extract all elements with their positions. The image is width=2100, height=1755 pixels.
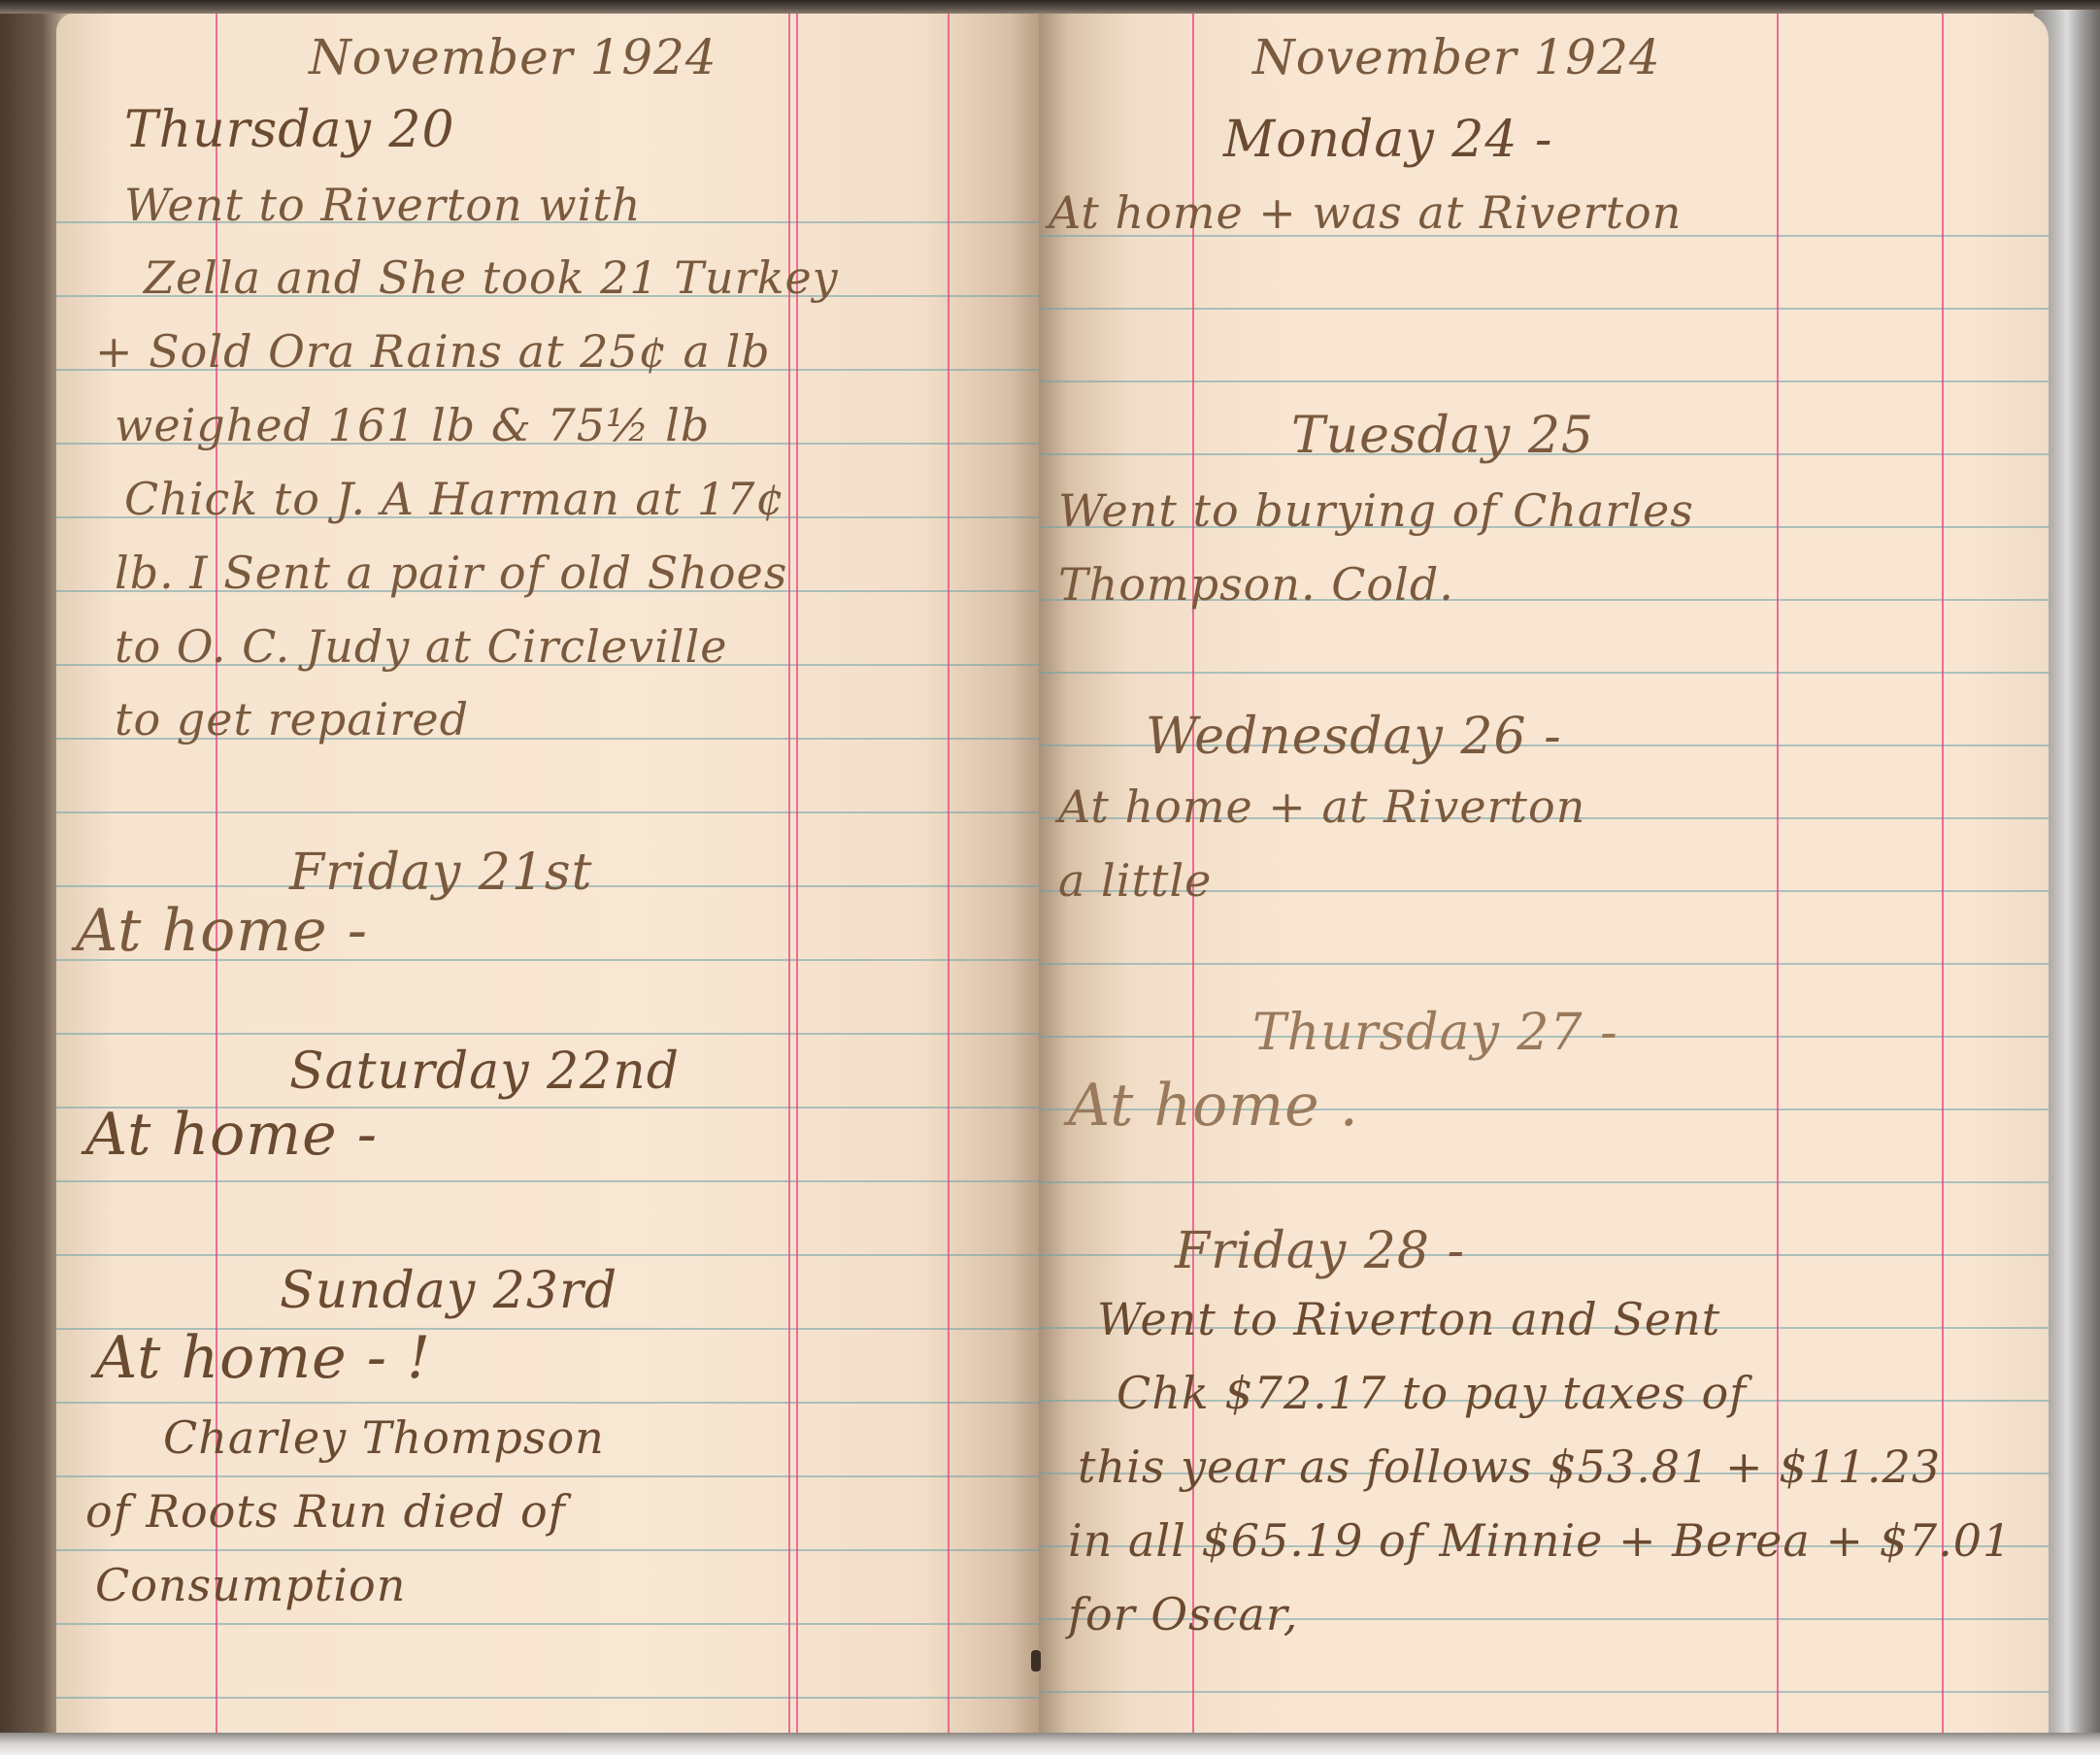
page-header: November 1924 (309, 29, 717, 85)
ruled-line (56, 1254, 1039, 1256)
ruled-line (56, 1475, 1039, 1477)
entry-line: Charley Thompson (163, 1411, 605, 1464)
entry-line: Consumption (95, 1559, 406, 1611)
ruled-line (56, 1180, 1039, 1182)
entry-line: At home - (76, 897, 368, 965)
entry-day: Friday 21st (289, 844, 593, 902)
ruled-line (1039, 308, 2049, 310)
entry-line: lb. I Sent a pair of old Shoes (115, 546, 787, 599)
entry-line: At home - ! (95, 1324, 431, 1392)
right-page: November 1924 Monday 24 - At home + was … (1039, 14, 2049, 1734)
book-top-edge (0, 0, 2100, 14)
ruled-line (1039, 1691, 2049, 1693)
entry-day: Sunday 23rd (280, 1262, 617, 1320)
entry-day: Monday 24 - (1223, 111, 1553, 169)
entry-line: At home + at Riverton (1058, 780, 1585, 833)
entry-line: Chk $72.17 to pay taxes of (1117, 1367, 1747, 1419)
entry-line: Zella and She took 21 Turkey (144, 251, 839, 304)
entry-day: Saturday 22nd (289, 1043, 680, 1101)
entry-line: weighed 161 lb & 75½ lb (115, 399, 710, 451)
left-page: November 1924 Thursday 20 Went to Rivert… (56, 14, 1039, 1734)
entry-line: a little (1058, 854, 1212, 907)
entry-line: + Sold Ora Rains at 25¢ a lb (95, 325, 771, 378)
entry-line: At home . (1068, 1072, 1359, 1140)
ruled-line (1039, 381, 2049, 382)
entry-day: Thursday 27 - (1252, 1004, 1618, 1062)
entry-line: Went to Riverton and Sent (1097, 1293, 1720, 1345)
page-header: November 1924 (1252, 29, 1661, 85)
ruled-line (56, 1033, 1039, 1035)
entry-line: to O. C. Judy at Circleville (115, 620, 727, 673)
ruled-line (1039, 672, 2049, 674)
entry-line: Went to burying of Charles (1058, 484, 1694, 537)
entry-line: Went to Riverton with (124, 179, 641, 231)
ruled-line (56, 1549, 1039, 1551)
ruled-line (56, 1402, 1039, 1404)
entry-day: Thursday 20 (124, 101, 455, 159)
entry-day: Friday 28 - (1175, 1222, 1465, 1280)
entry-line: for Oscar, (1068, 1588, 1298, 1640)
ruled-line (56, 1623, 1039, 1625)
entry-day: Tuesday 25 (1291, 407, 1594, 465)
entry-line: At home - (85, 1101, 378, 1169)
entry-line: this year as follows $53.81 + $11.23 (1078, 1440, 1941, 1493)
entry-line: At home + was at Riverton (1049, 186, 1682, 239)
ruled-line (1039, 963, 2049, 965)
margin-line (1942, 14, 1944, 1734)
entry-line: Chick to J. A Harman at 17¢ (124, 473, 785, 525)
margin-line (948, 14, 950, 1734)
entry-line: of Roots Run died of (85, 1485, 566, 1538)
book-bottom-edge (0, 1733, 2100, 1755)
entry-line: to get repaired (115, 693, 469, 745)
binding-stitch (1031, 1650, 1041, 1672)
entry-day: Wednesday 26 - (1146, 708, 1562, 766)
diary-photo: November 1924 Thursday 20 Went to Rivert… (0, 0, 2100, 1755)
ruled-line (56, 1697, 1039, 1699)
entry-line: in all $65.19 of Minnie + Berea + $7.01 (1068, 1514, 2012, 1567)
entry-line: Thompson. Cold. (1058, 558, 1454, 611)
ruled-line (56, 811, 1039, 813)
ruled-line (1039, 1181, 2049, 1183)
